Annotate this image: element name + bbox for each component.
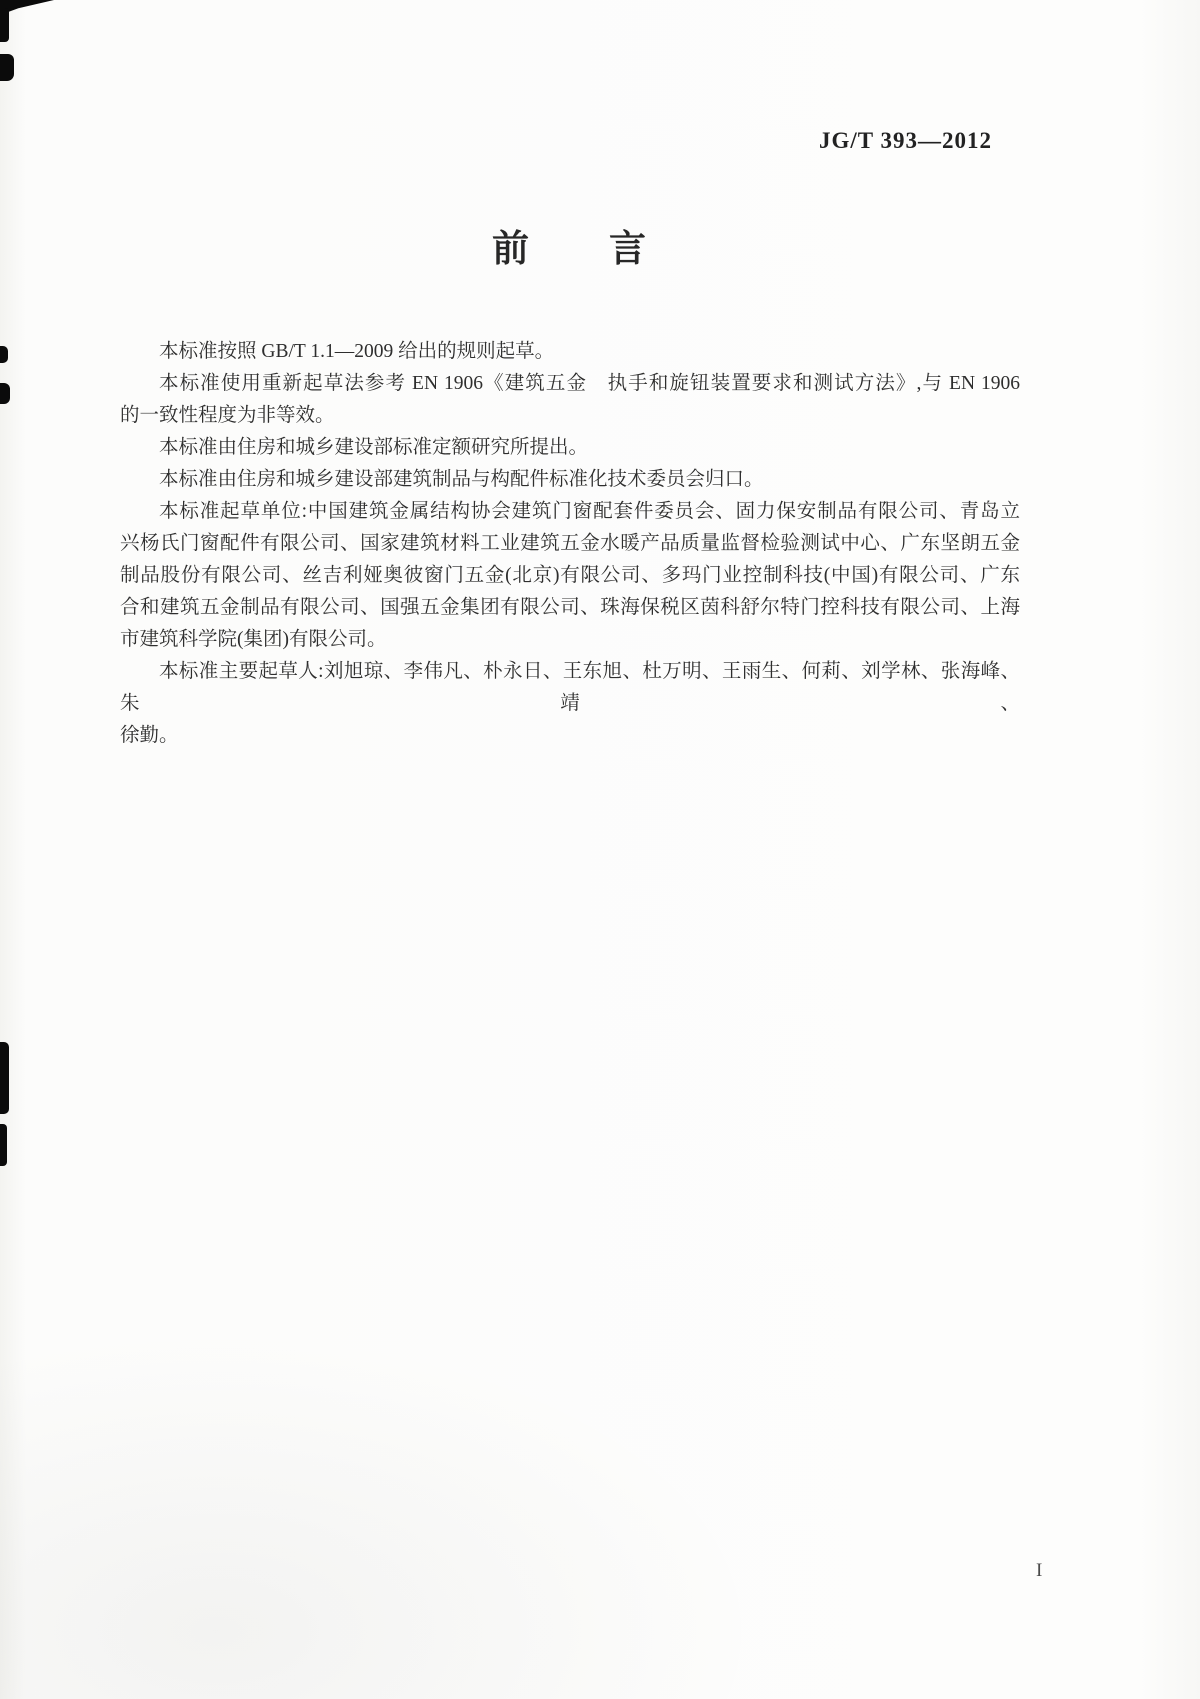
scan-artifact (0, 8, 9, 42)
body-line: 本标准主要起草人:刘旭琼、李伟凡、朴永日、王东旭、杜万明、王雨生、何莉、刘学林、… (120, 656, 1020, 720)
body-line: 徐勤。 (120, 720, 1020, 752)
body-line: 本标准使用重新起草法参考 EN 1906《建筑五金 执手和旋钮装置要求和测试方法… (120, 368, 1020, 400)
scan-artifact (0, 1124, 7, 1166)
scan-artifact (0, 346, 8, 363)
scan-artifact (0, 1042, 9, 1114)
body-line: 合和建筑五金制品有限公司、国强五金集团有限公司、珠海保税区茵科舒尔特门控科技有限… (120, 592, 1020, 624)
foreword-body: 本标准按照 GB/T 1.1—2009 给出的规则起草。 本标准使用重新起草法参… (120, 336, 1020, 752)
scan-artifact (0, 383, 10, 404)
scan-artifact (0, 54, 14, 81)
body-line: 本标准按照 GB/T 1.1—2009 给出的规则起草。 (120, 336, 1020, 368)
page-number: I (1036, 1560, 1042, 1582)
body-line: 市建筑科学院(集团)有限公司。 (120, 624, 1020, 656)
body-line: 本标准起草单位:中国建筑金属结构协会建筑门窗配套件委员会、固力保安制品有限公司、… (120, 496, 1020, 528)
body-line: 本标准由住房和城乡建设部建筑制品与构配件标准化技术委员会归口。 (120, 464, 1020, 496)
body-line: 的一致性程度为非等效。 (120, 400, 1020, 432)
page-title: 前 言 (120, 218, 1020, 272)
body-line: 制品股份有限公司、丝吉利娅奥彼窗门五金(北京)有限公司、多玛门业控制科技(中国)… (120, 560, 1020, 592)
standard-code: JG/T 393—2012 (819, 128, 992, 154)
body-line: 兴杨氏门窗配件有限公司、国家建筑材料工业建筑五金水暖产品质量监督检验测试中心、广… (120, 528, 1020, 560)
body-line: 本标准由住房和城乡建设部标准定额研究所提出。 (120, 432, 1020, 464)
document-page: JG/T 393—2012 前 言 本标准按照 GB/T 1.1—2009 给出… (0, 0, 1200, 1699)
